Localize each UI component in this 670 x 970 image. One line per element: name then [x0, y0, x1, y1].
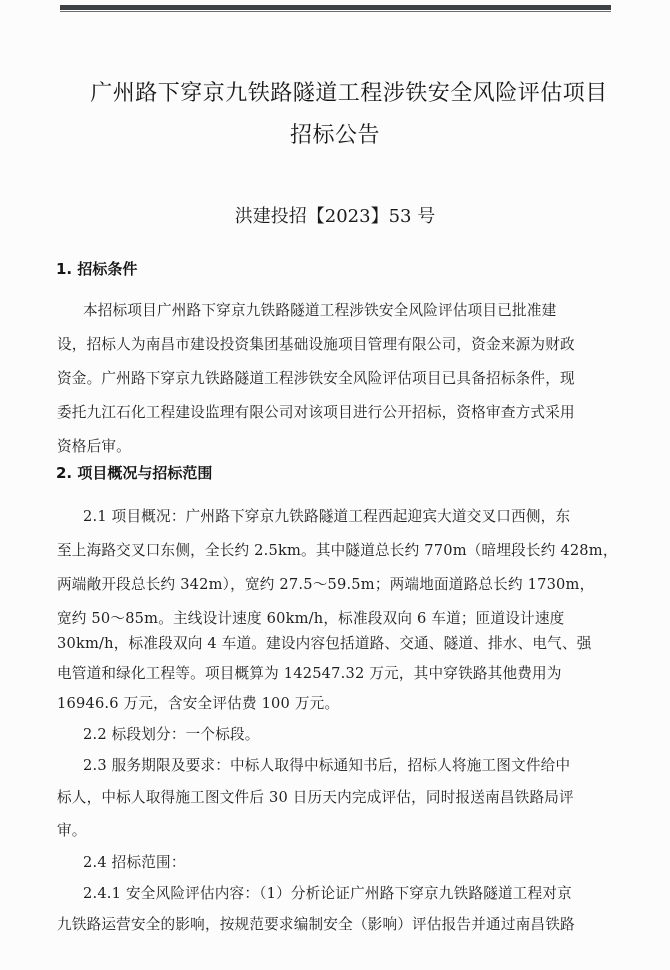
- paragraph-line: 至上海路交叉口东侧，全长约 2.5km。其中隧道总长约 770m（暗埋段长约 4…: [57, 539, 617, 560]
- paragraph-line: 九铁路运营安全的影响，按规范要求编制安全（影响）评估报告并通过南昌铁路: [57, 913, 617, 934]
- paragraph-line: 2.2 标段划分：一个标段。: [83, 723, 643, 744]
- document-page: 广州路下穿京九铁路隧道工程涉铁安全风险评估项目 招标公告 洪建投招【2023】5…: [0, 0, 670, 970]
- section-heading-project-overview: 2. 项目概况与招标范围: [56, 462, 212, 483]
- header-rule-thin: [60, 11, 611, 12]
- document-number: 洪建投招【2023】53 号: [0, 202, 670, 228]
- paragraph-line: 资金。广州路下穿京九铁路隧道工程涉铁安全风险评估项目已具备招标条件，现: [57, 367, 617, 388]
- paragraph-line: 2.3 服务期限及要求：中标人取得中标通知书后，招标人将施工图文件给中: [83, 754, 643, 775]
- paragraph-line: 宽约 50～85m。主线设计速度 60km/h，标准段双向 6 车道；匝道设计速…: [57, 607, 617, 628]
- paragraph-line: 2.4 招标范围：: [83, 851, 643, 872]
- document-title-line-1: 广州路下穿京九铁路隧道工程涉铁安全风险评估项目: [14, 76, 670, 107]
- paragraph-line: 两端敞开段总长约 342m），宽约 27.5～59.5m；两端地面道路总长约 1…: [57, 573, 617, 594]
- header-rule-thick: [60, 5, 611, 10]
- paragraph-line: 2.4.1 安全风险评估内容：（1）分析论证广州路下穿京九铁路隧道工程对京: [83, 882, 643, 903]
- paragraph-line: 标人，中标人取得施工图文件后 30 日历天内完成评估，同时报送南昌铁路局评: [57, 786, 617, 807]
- paragraph-line: 委托九江石化工程建设监理有限公司对该项目进行公开招标，资格审查方式采用: [57, 401, 617, 422]
- paragraph-line: 16946.6 万元，含安全评估费 100 万元。: [57, 692, 617, 713]
- paragraph-line: 资格后审。: [57, 435, 617, 456]
- paragraph-line: 2.1 项目概况：广州路下穿京九铁路隧道工程西起迎宾大道交叉口西侧，东: [83, 505, 643, 526]
- paragraph-line: 本招标项目广州路下穿京九铁路隧道工程涉铁安全风险评估项目已批准建: [83, 299, 643, 320]
- document-title-line-2: 招标公告: [0, 118, 670, 149]
- paragraph-line: 电管道和绿化工程等。项目概算为 142547.32 万元，其中穿铁路其他费用为: [57, 662, 617, 683]
- paragraph-line: 审。: [57, 819, 617, 840]
- section-heading-bidding-conditions: 1. 招标条件: [56, 258, 137, 279]
- paragraph-line: 设，招标人为南昌市建设投资集团基础设施项目管理有限公司，资金来源为财政: [57, 333, 617, 354]
- paragraph-line: 30km/h，标准段双向 4 车道。建设内容包括道路、交通、隧道、排水、电气、强: [57, 632, 617, 653]
